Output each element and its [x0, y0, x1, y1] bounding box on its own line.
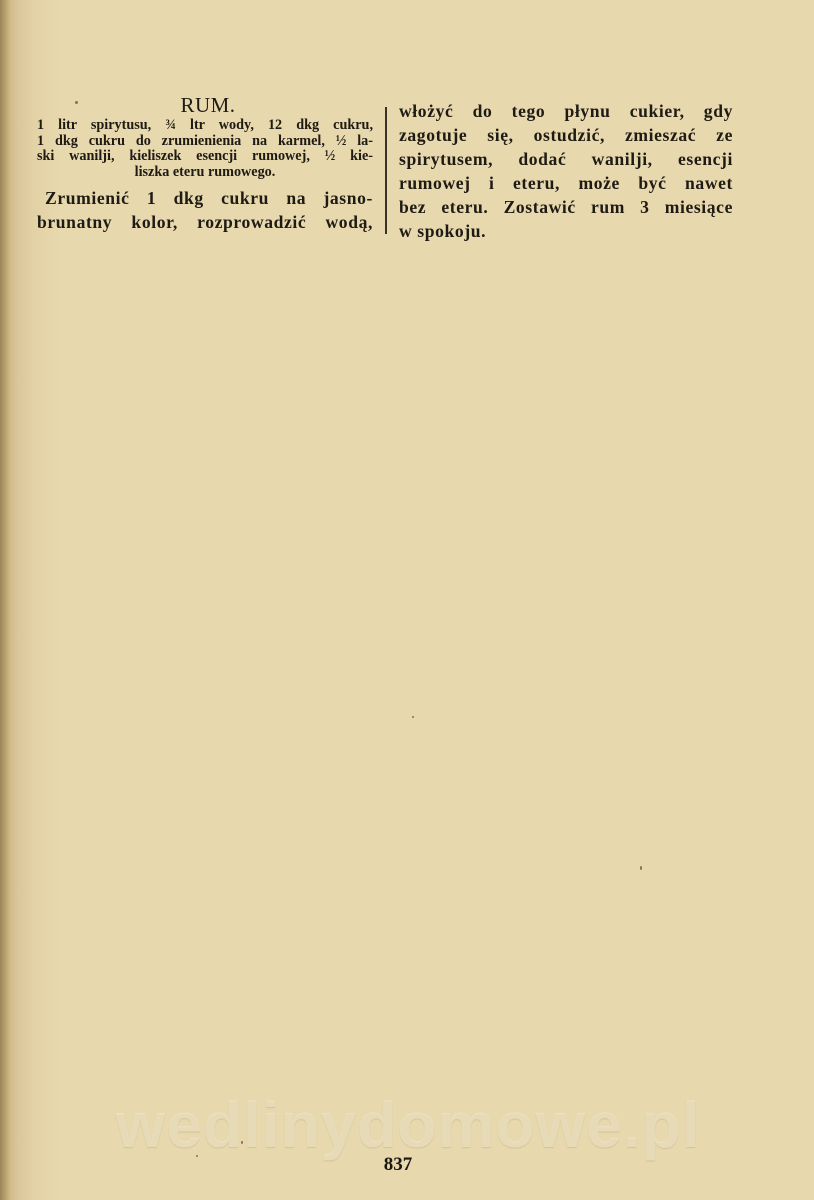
instructions-right: włożyć do tego płynu cukier, gdy zagotuj…	[399, 99, 733, 243]
ingredients-line: 1 litr spirytusu, ¾ ltr wody, 12 dkg cuk…	[37, 118, 373, 134]
watermark: wedlinydomowe.pl	[88, 1088, 728, 1162]
instructions-line: zagotuje się, ostudzić, zmieszać ze	[399, 123, 733, 147]
instructions-left: Zrumienić 1 dkg cukru na jasno- brunatny…	[37, 186, 373, 234]
instructions-line: brunatny kolor, rozprowadzić wodą,	[37, 210, 373, 234]
paper-speck	[412, 716, 414, 718]
instructions-line: włożyć do tego płynu cukier, gdy	[399, 99, 733, 123]
instructions-line: rumowej i eteru, może być nawet	[399, 171, 733, 195]
recipe-title: RUM.	[37, 93, 373, 117]
instructions-line: bez eteru. Zostawić rum 3 miesiące	[399, 195, 733, 219]
instructions-line: spirytusem, dodać wanilji, esencji	[399, 147, 733, 171]
right-column: włożyć do tego płynu cukier, gdy zagotuj…	[399, 99, 733, 243]
paper-speck	[640, 866, 642, 870]
ingredients-line: 1 dkg cukru do zrumienienia na karmel, ½…	[37, 134, 373, 150]
column-divider	[385, 107, 387, 234]
book-spine-shadow	[0, 0, 10, 1200]
ingredients-line: ski wanilji, kieliszek esencji rumowej, …	[37, 149, 373, 165]
left-column: RUM. 1 litr spirytusu, ¾ ltr wody, 12 dk…	[37, 93, 373, 234]
instructions-line: w spokoju.	[399, 219, 733, 243]
ingredients-list: 1 litr spirytusu, ¾ ltr wody, 12 dkg cuk…	[37, 118, 373, 180]
page-number: 837	[380, 1154, 416, 1176]
ingredients-line: liszka eteru rumowego.	[37, 165, 373, 181]
instructions-line: Zrumienić 1 dkg cukru na jasno-	[37, 186, 373, 210]
